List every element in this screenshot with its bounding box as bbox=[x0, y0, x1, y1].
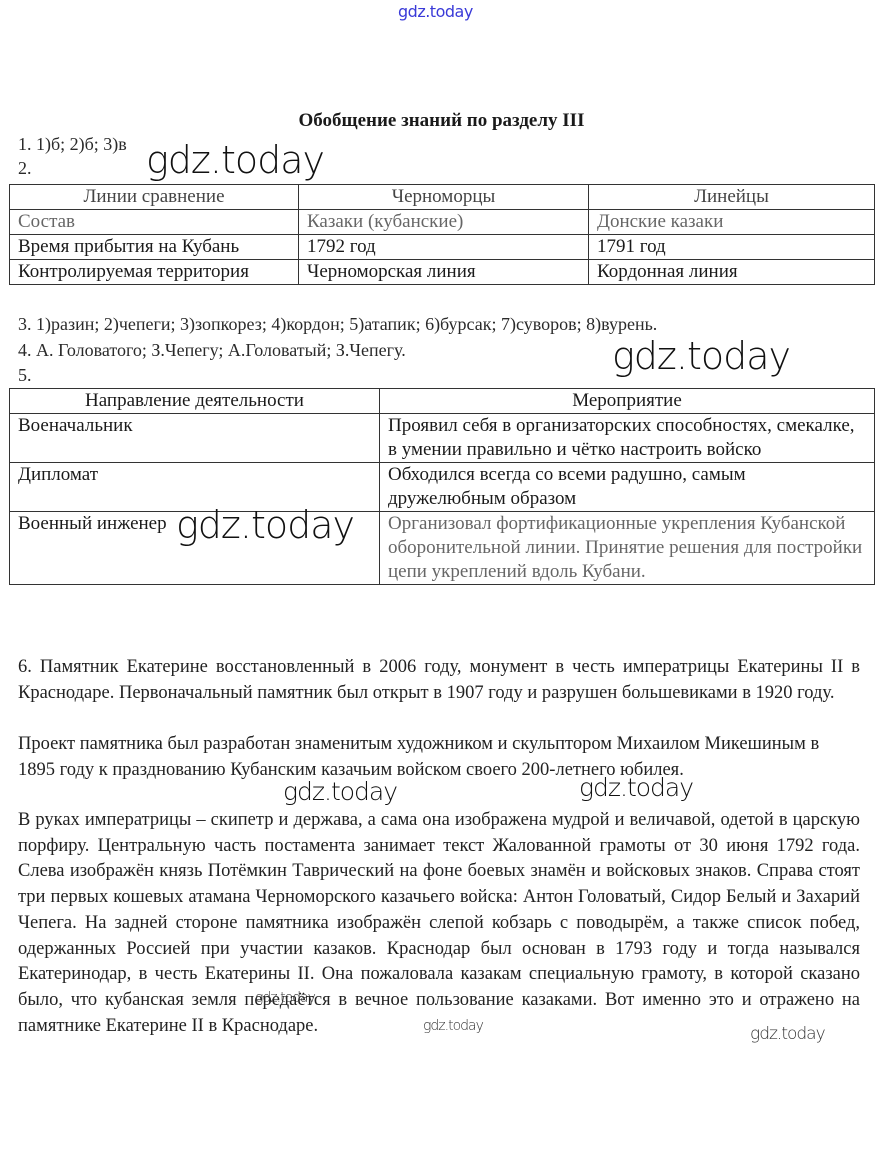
table-cell: 1792 год bbox=[299, 235, 589, 260]
table-row: Время прибытия на Кубань 1792 год 1791 г… bbox=[10, 235, 875, 260]
answer-2-label: 2. bbox=[18, 158, 32, 179]
watermark: gdz.today bbox=[283, 777, 397, 806]
table-cell: Проявил себя в организаторских способнос… bbox=[380, 414, 875, 463]
table-header-cell: Мероприятие bbox=[380, 389, 875, 414]
answer-6-paragraph-1: 6. Памятник Екатерине восстановленный в … bbox=[18, 655, 860, 706]
table-cell: Обходился всегда со всеми радушно, самым… bbox=[380, 463, 875, 512]
table-cell: Кордонная линия bbox=[589, 260, 875, 285]
table-row: Состав Казаки (кубанские) Донские казаки bbox=[10, 210, 875, 235]
watermark: gdz.today bbox=[612, 334, 790, 378]
answer-6-paragraph-3: В руках императрицы – скипетр и держава,… bbox=[18, 808, 860, 1039]
table-row: Военный инженер Организовал фортификацио… bbox=[10, 512, 875, 585]
table-header-cell: Направление деятельности bbox=[10, 389, 380, 414]
table-cell: Контролируемая территория bbox=[10, 260, 299, 285]
table-cell: Черноморская линия bbox=[299, 260, 589, 285]
table-cell: Казаки (кубанские) bbox=[299, 210, 589, 235]
watermark-top: gdz.today bbox=[398, 2, 473, 21]
table-cell: Время прибытия на Кубань bbox=[10, 235, 299, 260]
table-row: Дипломат Обходился всегда со всеми радуш… bbox=[10, 463, 875, 512]
watermark: gdz.today bbox=[579, 773, 693, 802]
watermark: gdz.today bbox=[176, 503, 354, 547]
answer-4: 4. А. Головатого; З.Чепегу; А.Головатый;… bbox=[18, 340, 406, 361]
table-cell: Донские казаки bbox=[589, 210, 875, 235]
page-title: Обобщение знаний по разделу III bbox=[0, 110, 883, 132]
table-cell: Организовал фортификационные укрепления … bbox=[380, 512, 875, 585]
table-header-cell: Черноморцы bbox=[299, 185, 589, 210]
table-header-row: Линии сравнение Черноморцы Линейцы bbox=[10, 185, 875, 210]
answer-3: 3. 1)разин; 2)чепеги; 3)зопкорез; 4)корд… bbox=[18, 314, 657, 335]
table-cell: 1791 год bbox=[589, 235, 875, 260]
table-header-cell: Линии сравнение bbox=[10, 185, 299, 210]
watermark: gdz.today bbox=[423, 1018, 483, 1034]
answer-1: 1. 1)б; 2)б; 3)в bbox=[18, 134, 127, 155]
table-header-cell: Линейцы bbox=[589, 185, 875, 210]
table-header-row: Направление деятельности Мероприятие bbox=[10, 389, 875, 414]
table-cell: Состав bbox=[10, 210, 299, 235]
watermark: gdz.today bbox=[146, 138, 324, 182]
table-row: Военачальник Проявил себя в организаторс… bbox=[10, 414, 875, 463]
comparison-table: Линии сравнение Черноморцы Линейцы Соста… bbox=[9, 184, 875, 285]
watermark: gdz.today bbox=[255, 990, 315, 1006]
activity-table: Направление деятельности Мероприятие Вое… bbox=[9, 388, 875, 585]
table-cell: Военачальник bbox=[10, 414, 380, 463]
answer-5-label: 5. bbox=[18, 365, 32, 386]
table-row: Контролируемая территория Черноморская л… bbox=[10, 260, 875, 285]
watermark: gdz.today bbox=[750, 1024, 825, 1044]
answer-6-paragraph-2: Проект памятника был разработан знаменит… bbox=[18, 732, 860, 783]
